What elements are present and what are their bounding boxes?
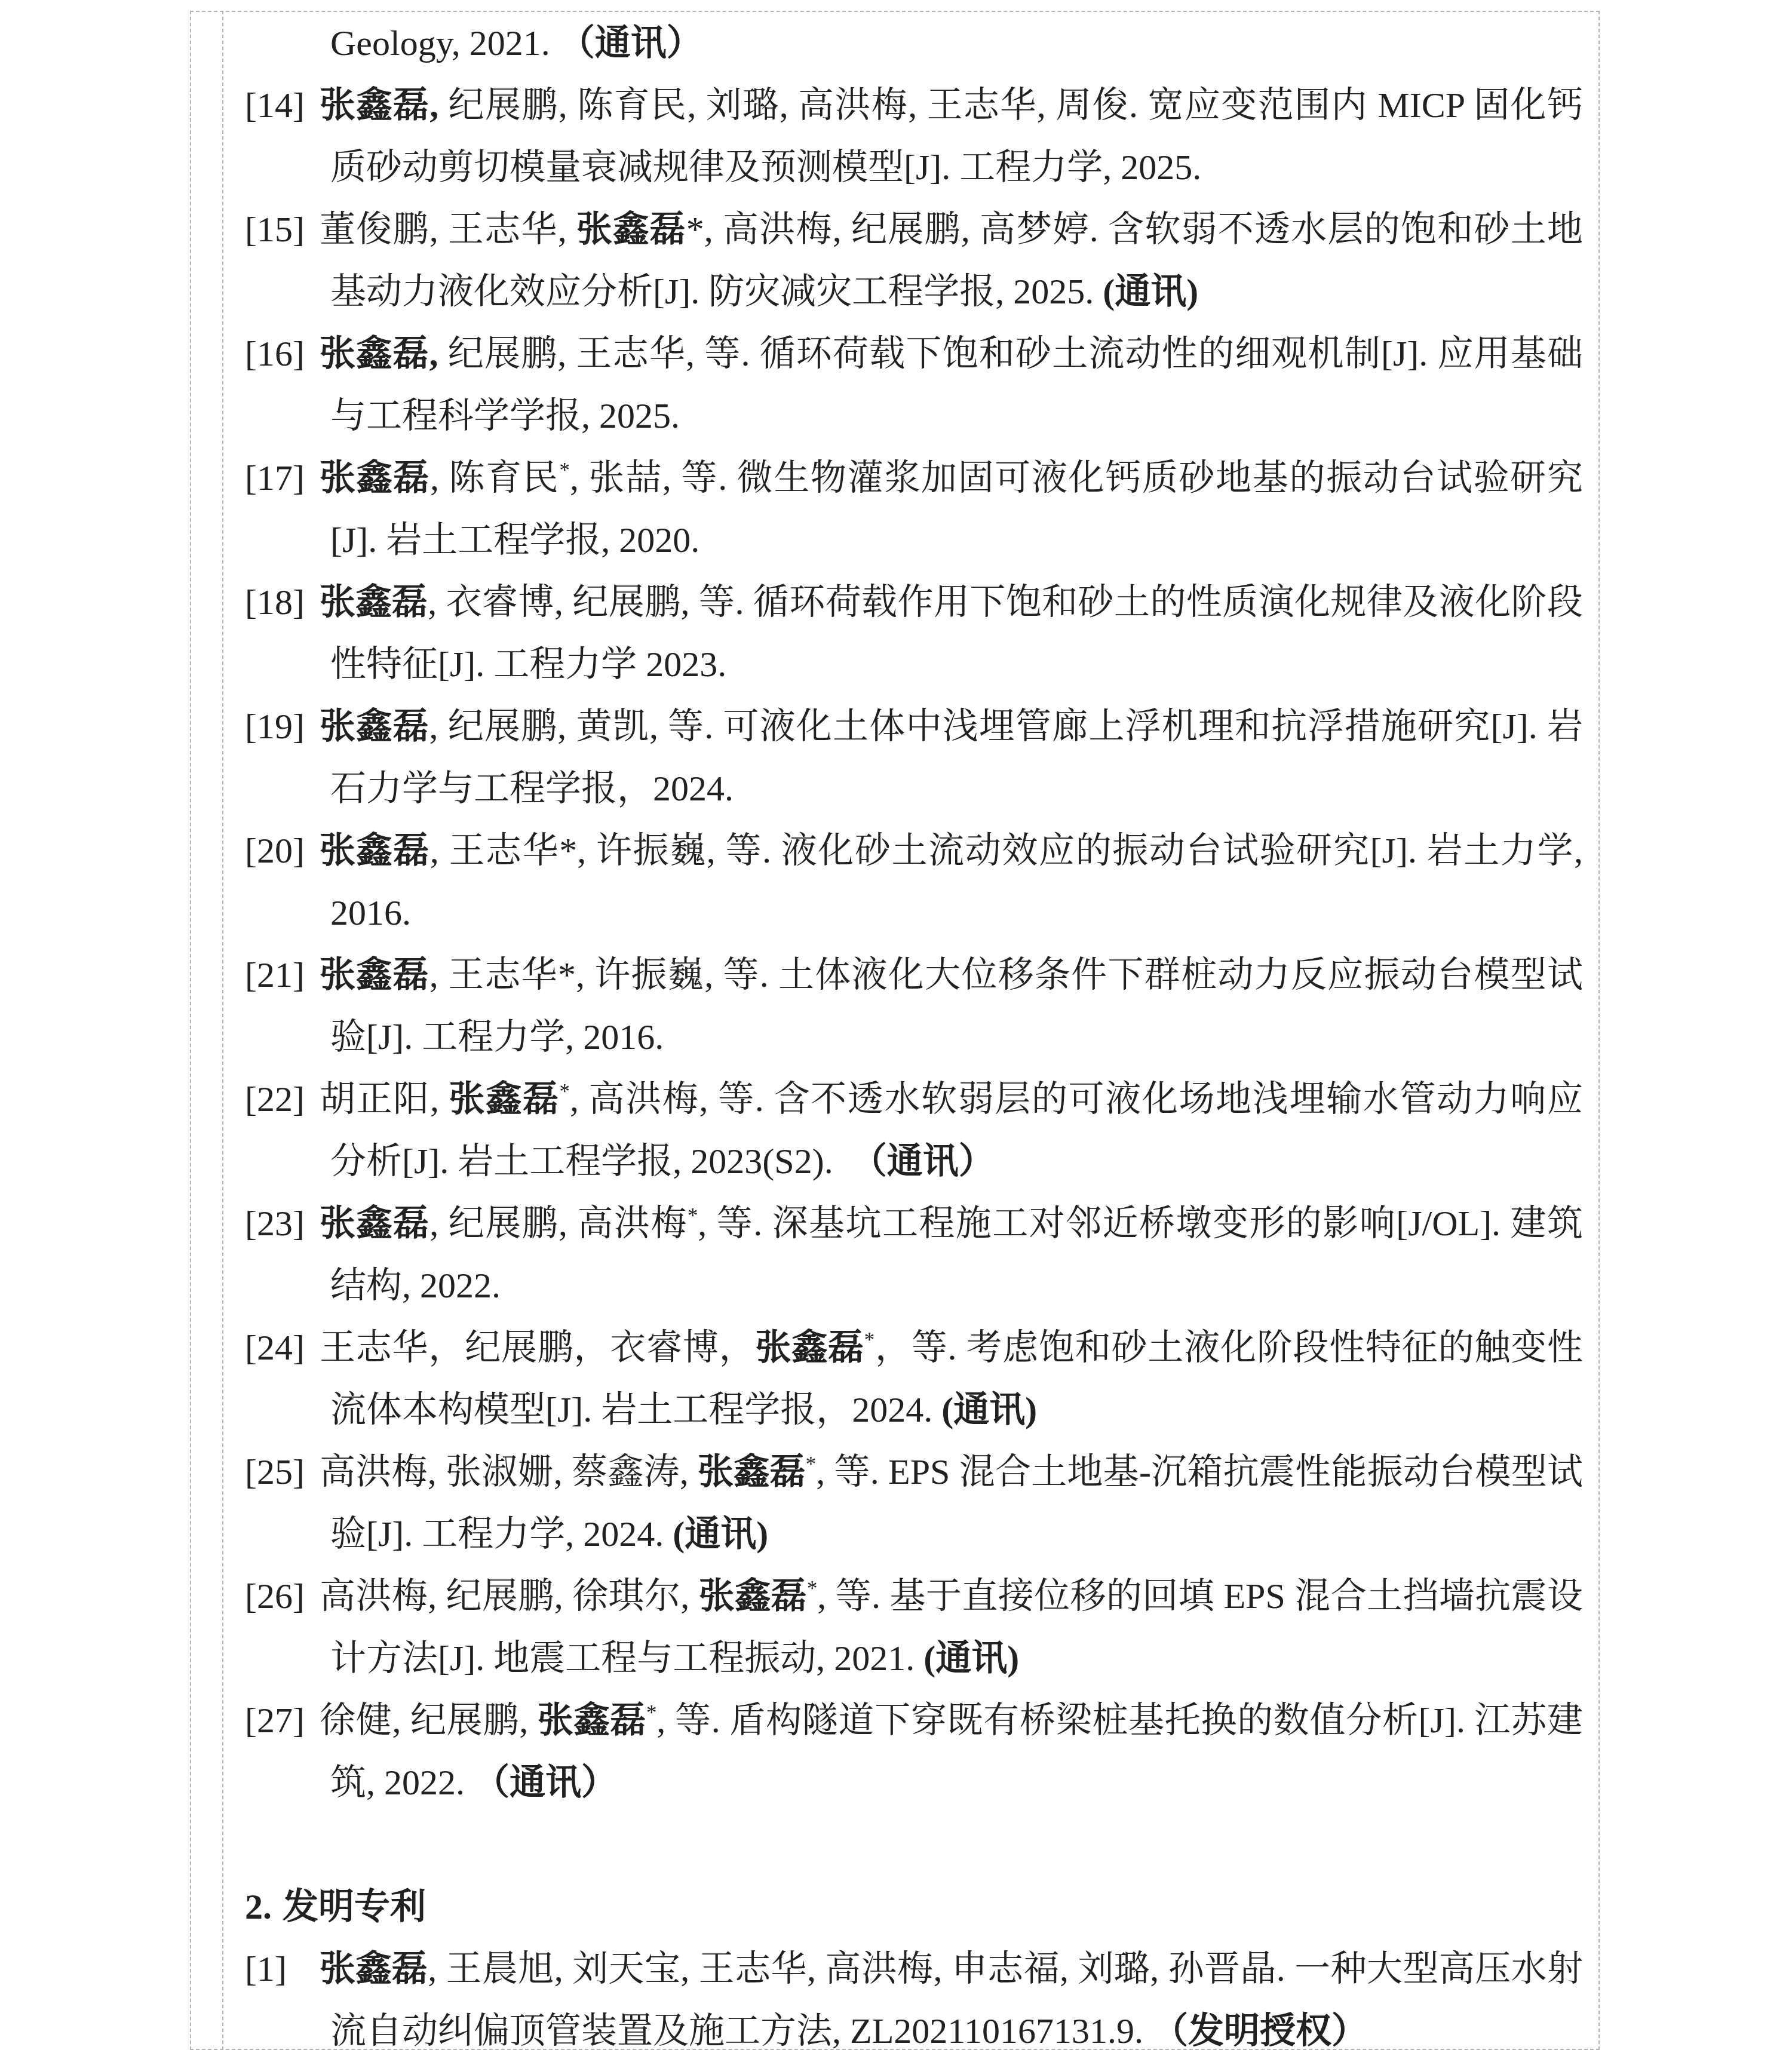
entry-text: 张鑫磊, 王晨旭, 刘天宝, 王志华, 高洪梅, 申志福, 刘璐, 孙晋晶. 一… bbox=[330, 1938, 1583, 2062]
bold-text-segment: (通讯) bbox=[941, 1390, 1037, 1429]
patent-entries-section: [1]张鑫磊, 王晨旭, 刘天宝, 王志华, 高洪梅, 申志福, 刘璐, 孙晋晶… bbox=[222, 1938, 1583, 2062]
carryover-line: Geology, 2021. （通讯） bbox=[222, 12, 1583, 74]
entry-text-segment: , 陈育民 bbox=[430, 458, 560, 498]
bold-text-segment: 张鑫磊 bbox=[320, 1949, 428, 1989]
entry-text: 张鑫磊, 衣睿博, 纪展鹏, 等. 循环荷载作用下饱和砂土的性质演化规律及液化阶… bbox=[330, 571, 1583, 695]
publication-entry: [20]张鑫磊, 王志华*, 许振巍, 等. 液化砂土流动效应的振动台试验研究[… bbox=[222, 820, 1583, 944]
publication-entry: [17]张鑫磊, 陈育民*, 张喆, 等. 微生物灌浆加固可液化钙质砂地基的振动… bbox=[222, 447, 1583, 571]
entry-text: 张鑫磊, 纪展鹏, 陈育民, 刘璐, 高洪梅, 王志华, 周俊. 宽应变范围内 … bbox=[330, 74, 1583, 198]
entry-text-segment: , 王晨旭, 刘天宝, 王志华, 高洪梅, 申志福, 刘璐, 孙晋晶. 一种大型… bbox=[330, 1949, 1583, 2051]
bold-text-segment: 张鑫磊 bbox=[320, 582, 428, 622]
entry-number: [14] bbox=[245, 74, 305, 136]
entry-text-segment: 董俊鹏, 王志华, bbox=[320, 210, 576, 249]
patent-entry: [1]张鑫磊, 王晨旭, 刘天宝, 王志华, 高洪梅, 申志福, 刘璐, 孙晋晶… bbox=[222, 1938, 1583, 2062]
entry-text: 高洪梅, 纪展鹏, 徐琪尔, 张鑫磊*, 等. 基于直接位移的回填 EPS 混合… bbox=[330, 1565, 1583, 1689]
publication-entry: [19]张鑫磊, 纪展鹏, 黄凯, 等. 可液化土体中浅埋管廊上浮机理和抗浮措施… bbox=[222, 695, 1583, 820]
entry-number: [1] bbox=[245, 1938, 287, 2000]
entry-text-segment: Geology, 2021. bbox=[330, 23, 559, 63]
bold-text-segment: (通讯) bbox=[1103, 272, 1198, 311]
bold-text-segment: 张鑫磊 bbox=[320, 458, 430, 498]
publication-entry: [21]张鑫磊, 王志华*, 许振巍, 等. 土体液化大位移条件下群桩动力反应振… bbox=[222, 944, 1583, 1068]
entry-text: Geology, 2021. （通讯） bbox=[330, 12, 1583, 74]
publication-entry: [16]张鑫磊, 纪展鹏, 王志华, 等. 循环荷载下饱和砂土流动性的细观机制[… bbox=[222, 323, 1583, 447]
entry-number: [20] bbox=[245, 820, 305, 882]
bold-text-segment: (通讯) bbox=[923, 1638, 1019, 1678]
corresponding-author-asterisk: * bbox=[560, 1080, 570, 1103]
bold-text-segment: （发明授权） bbox=[1152, 2011, 1367, 2051]
publication-entry: [24]王志华，纪展鹏，衣睿博，张鑫磊*，等. 考虑饱和砂土液化阶段性特征的触变… bbox=[222, 1317, 1583, 1441]
bold-text-segment: （通讯） bbox=[474, 1763, 617, 1802]
bold-text-segment: 张鑫磊 bbox=[449, 1079, 560, 1119]
bold-text-segment: （通讯） bbox=[559, 23, 702, 63]
bold-text-segment: 张鑫磊, bbox=[320, 334, 438, 373]
journal-entries-section: [14]张鑫磊, 纪展鹏, 陈育民, 刘璐, 高洪梅, 王志华, 周俊. 宽应变… bbox=[222, 74, 1583, 1814]
entry-text-segment: 纪展鹏, 王志华, 等. 循环荷载下饱和砂土流动性的细观机制[J]. 应用基础与… bbox=[330, 334, 1583, 435]
corresponding-author-asterisk: * bbox=[688, 1204, 698, 1228]
publication-entry: [18]张鑫磊, 衣睿博, 纪展鹏, 等. 循环荷载作用下饱和砂土的性质演化规律… bbox=[222, 571, 1583, 695]
corresponding-author-asterisk: * bbox=[806, 1453, 816, 1476]
corresponding-author-asterisk: * bbox=[646, 1701, 656, 1725]
entry-text: 张鑫磊, 纪展鹏, 黄凯, 等. 可液化土体中浅埋管廊上浮机理和抗浮措施研究[J… bbox=[330, 695, 1583, 820]
corresponding-author-asterisk: * bbox=[864, 1328, 874, 1352]
bold-text-segment: 张鑫磊 bbox=[320, 1204, 429, 1243]
publication-entry: [14]张鑫磊, 纪展鹏, 陈育民, 刘璐, 高洪梅, 王志华, 周俊. 宽应变… bbox=[222, 74, 1583, 198]
patent-section-title: 发明专利 bbox=[283, 1887, 426, 1926]
entry-number: [19] bbox=[245, 695, 305, 757]
bold-text-segment: 张鑫磊, bbox=[320, 85, 438, 125]
entry-number: [24] bbox=[245, 1317, 305, 1379]
publication-entry: [27]徐健, 纪展鹏, 张鑫磊*, 等. 盾构隧道下穿既有桥梁桩基托换的数值分… bbox=[222, 1689, 1583, 1814]
section-gap bbox=[222, 1814, 1583, 1876]
entry-text: 王志华，纪展鹏，衣睿博，张鑫磊*，等. 考虑饱和砂土液化阶段性特征的触变性流体本… bbox=[330, 1317, 1583, 1441]
entry-number: [16] bbox=[245, 323, 305, 385]
entry-text-segment: 王志华，纪展鹏，衣睿博， bbox=[320, 1328, 755, 1367]
bold-text-segment: (通讯) bbox=[673, 1514, 768, 1554]
entry-number: [26] bbox=[245, 1565, 305, 1627]
carryover-line-slot: Geology, 2021. （通讯） bbox=[222, 12, 1583, 74]
bold-text-segment: （通讯） bbox=[869, 1142, 995, 1181]
entry-text: 董俊鹏, 王志华, 张鑫磊*, 高洪梅, 纪展鹏, 高梦婷. 含软弱不透水层的饱… bbox=[330, 198, 1583, 323]
entry-text-segment: 胡正阳, bbox=[320, 1079, 449, 1119]
publication-entry: [15]董俊鹏, 王志华, 张鑫磊*, 高洪梅, 纪展鹏, 高梦婷. 含软弱不透… bbox=[222, 198, 1583, 323]
entry-text: 张鑫磊, 纪展鹏, 王志华, 等. 循环荷载下饱和砂土流动性的细观机制[J]. … bbox=[330, 323, 1583, 447]
entry-text: 张鑫磊, 陈育民*, 张喆, 等. 微生物灌浆加固可液化钙质砂地基的振动台试验研… bbox=[330, 447, 1583, 571]
entry-text: 张鑫磊, 王志华*, 许振巍, 等. 液化砂土流动效应的振动台试验研究[J]. … bbox=[330, 820, 1583, 944]
entry-text: 张鑫磊, 王志华*, 许振巍, 等. 土体液化大位移条件下群桩动力反应振动台模型… bbox=[330, 944, 1583, 1068]
entry-text-segment: , 纪展鹏, 黄凯, 等. 可液化土体中浅埋管廊上浮机理和抗浮措施研究[J]. … bbox=[330, 707, 1583, 808]
bold-text-segment: 张鑫磊 bbox=[576, 210, 686, 249]
entry-text-segment: 高洪梅, 纪展鹏, 徐琪尔, bbox=[320, 1576, 699, 1616]
corresponding-author-asterisk: * bbox=[560, 459, 570, 482]
bold-text-segment: 张鑫磊 bbox=[699, 1576, 807, 1616]
publication-entry: [26]高洪梅, 纪展鹏, 徐琪尔, 张鑫磊*, 等. 基于直接位移的回填 EP… bbox=[222, 1565, 1583, 1689]
entry-text: 徐健, 纪展鹏, 张鑫磊*, 等. 盾构隧道下穿既有桥梁桩基托换的数值分析[J]… bbox=[330, 1689, 1583, 1814]
publication-entry: [25]高洪梅, 张淑姗, 蔡鑫涛, 张鑫磊*, 等. EPS 混合土地基-沉箱… bbox=[222, 1441, 1583, 1565]
bold-text-segment: 张鑫磊 bbox=[538, 1701, 646, 1740]
entry-text-segment: 纪展鹏, 陈育民, 刘璐, 高洪梅, 王志华, 周俊. 宽应变范围内 MICP … bbox=[330, 85, 1583, 187]
publications-list: Geology, 2021. （通讯） [14]张鑫磊, 纪展鹏, 陈育民, 刘… bbox=[222, 12, 1583, 2062]
bold-text-segment: 张鑫磊 bbox=[755, 1328, 864, 1367]
document-page: Geology, 2021. （通讯） [14]张鑫磊, 纪展鹏, 陈育民, 刘… bbox=[0, 0, 1792, 2062]
entry-text: 高洪梅, 张淑姗, 蔡鑫涛, 张鑫磊*, 等. EPS 混合土地基-沉箱抗震性能… bbox=[330, 1441, 1583, 1565]
bold-text-segment: 张鑫磊 bbox=[320, 707, 429, 746]
entry-text-segment: 徐健, 纪展鹏, bbox=[320, 1701, 538, 1740]
entry-number: [17] bbox=[245, 447, 305, 509]
publication-entry: [22]胡正阳, 张鑫磊*, 高洪梅, 等. 含不透水软弱层的可液化场地浅埋输水… bbox=[222, 1068, 1583, 1192]
bold-text-segment: 张鑫磊 bbox=[698, 1452, 806, 1492]
entry-text: 张鑫磊, 纪展鹏, 高洪梅*, 等. 深基坑工程施工对邻近桥墩变形的影响[J/O… bbox=[330, 1192, 1583, 1317]
entry-text-segment: , 王志华*, 许振巍, 等. 液化砂土流动效应的振动台试验研究[J]. 岩土力… bbox=[330, 831, 1583, 932]
entry-text-segment: 高洪梅, 张淑姗, 蔡鑫涛, bbox=[320, 1452, 698, 1492]
patent-section-number: 2. bbox=[245, 1887, 272, 1926]
entry-number: [27] bbox=[245, 1689, 305, 1751]
bold-text-segment: 张鑫磊 bbox=[320, 955, 429, 995]
entry-number: [23] bbox=[245, 1192, 305, 1254]
entry-number: [15] bbox=[245, 198, 305, 260]
patent-section-heading: 2.发明专利 bbox=[222, 1876, 1583, 1938]
entry-text-segment: , 衣睿博, 纪展鹏, 等. 循环荷载作用下饱和砂土的性质演化规律及液化阶段性特… bbox=[330, 582, 1583, 684]
bold-text-segment: 张鑫磊 bbox=[320, 831, 430, 870]
publication-entry: [23]张鑫磊, 纪展鹏, 高洪梅*, 等. 深基坑工程施工对邻近桥墩变形的影响… bbox=[222, 1192, 1583, 1317]
entry-number: [18] bbox=[245, 571, 305, 633]
entry-number: [22] bbox=[245, 1068, 305, 1130]
entry-text-segment: , 王志华*, 许振巍, 等. 土体液化大位移条件下群桩动力反应振动台模型试验[… bbox=[330, 955, 1583, 1057]
entry-number: [25] bbox=[245, 1441, 305, 1503]
corresponding-author-asterisk: * bbox=[807, 1577, 817, 1600]
entry-text-segment: , 纪展鹏, 高洪梅 bbox=[429, 1204, 688, 1243]
entry-number: [21] bbox=[245, 944, 305, 1006]
entry-text: 胡正阳, 张鑫磊*, 高洪梅, 等. 含不透水软弱层的可液化场地浅埋输水管动力响… bbox=[330, 1068, 1583, 1192]
